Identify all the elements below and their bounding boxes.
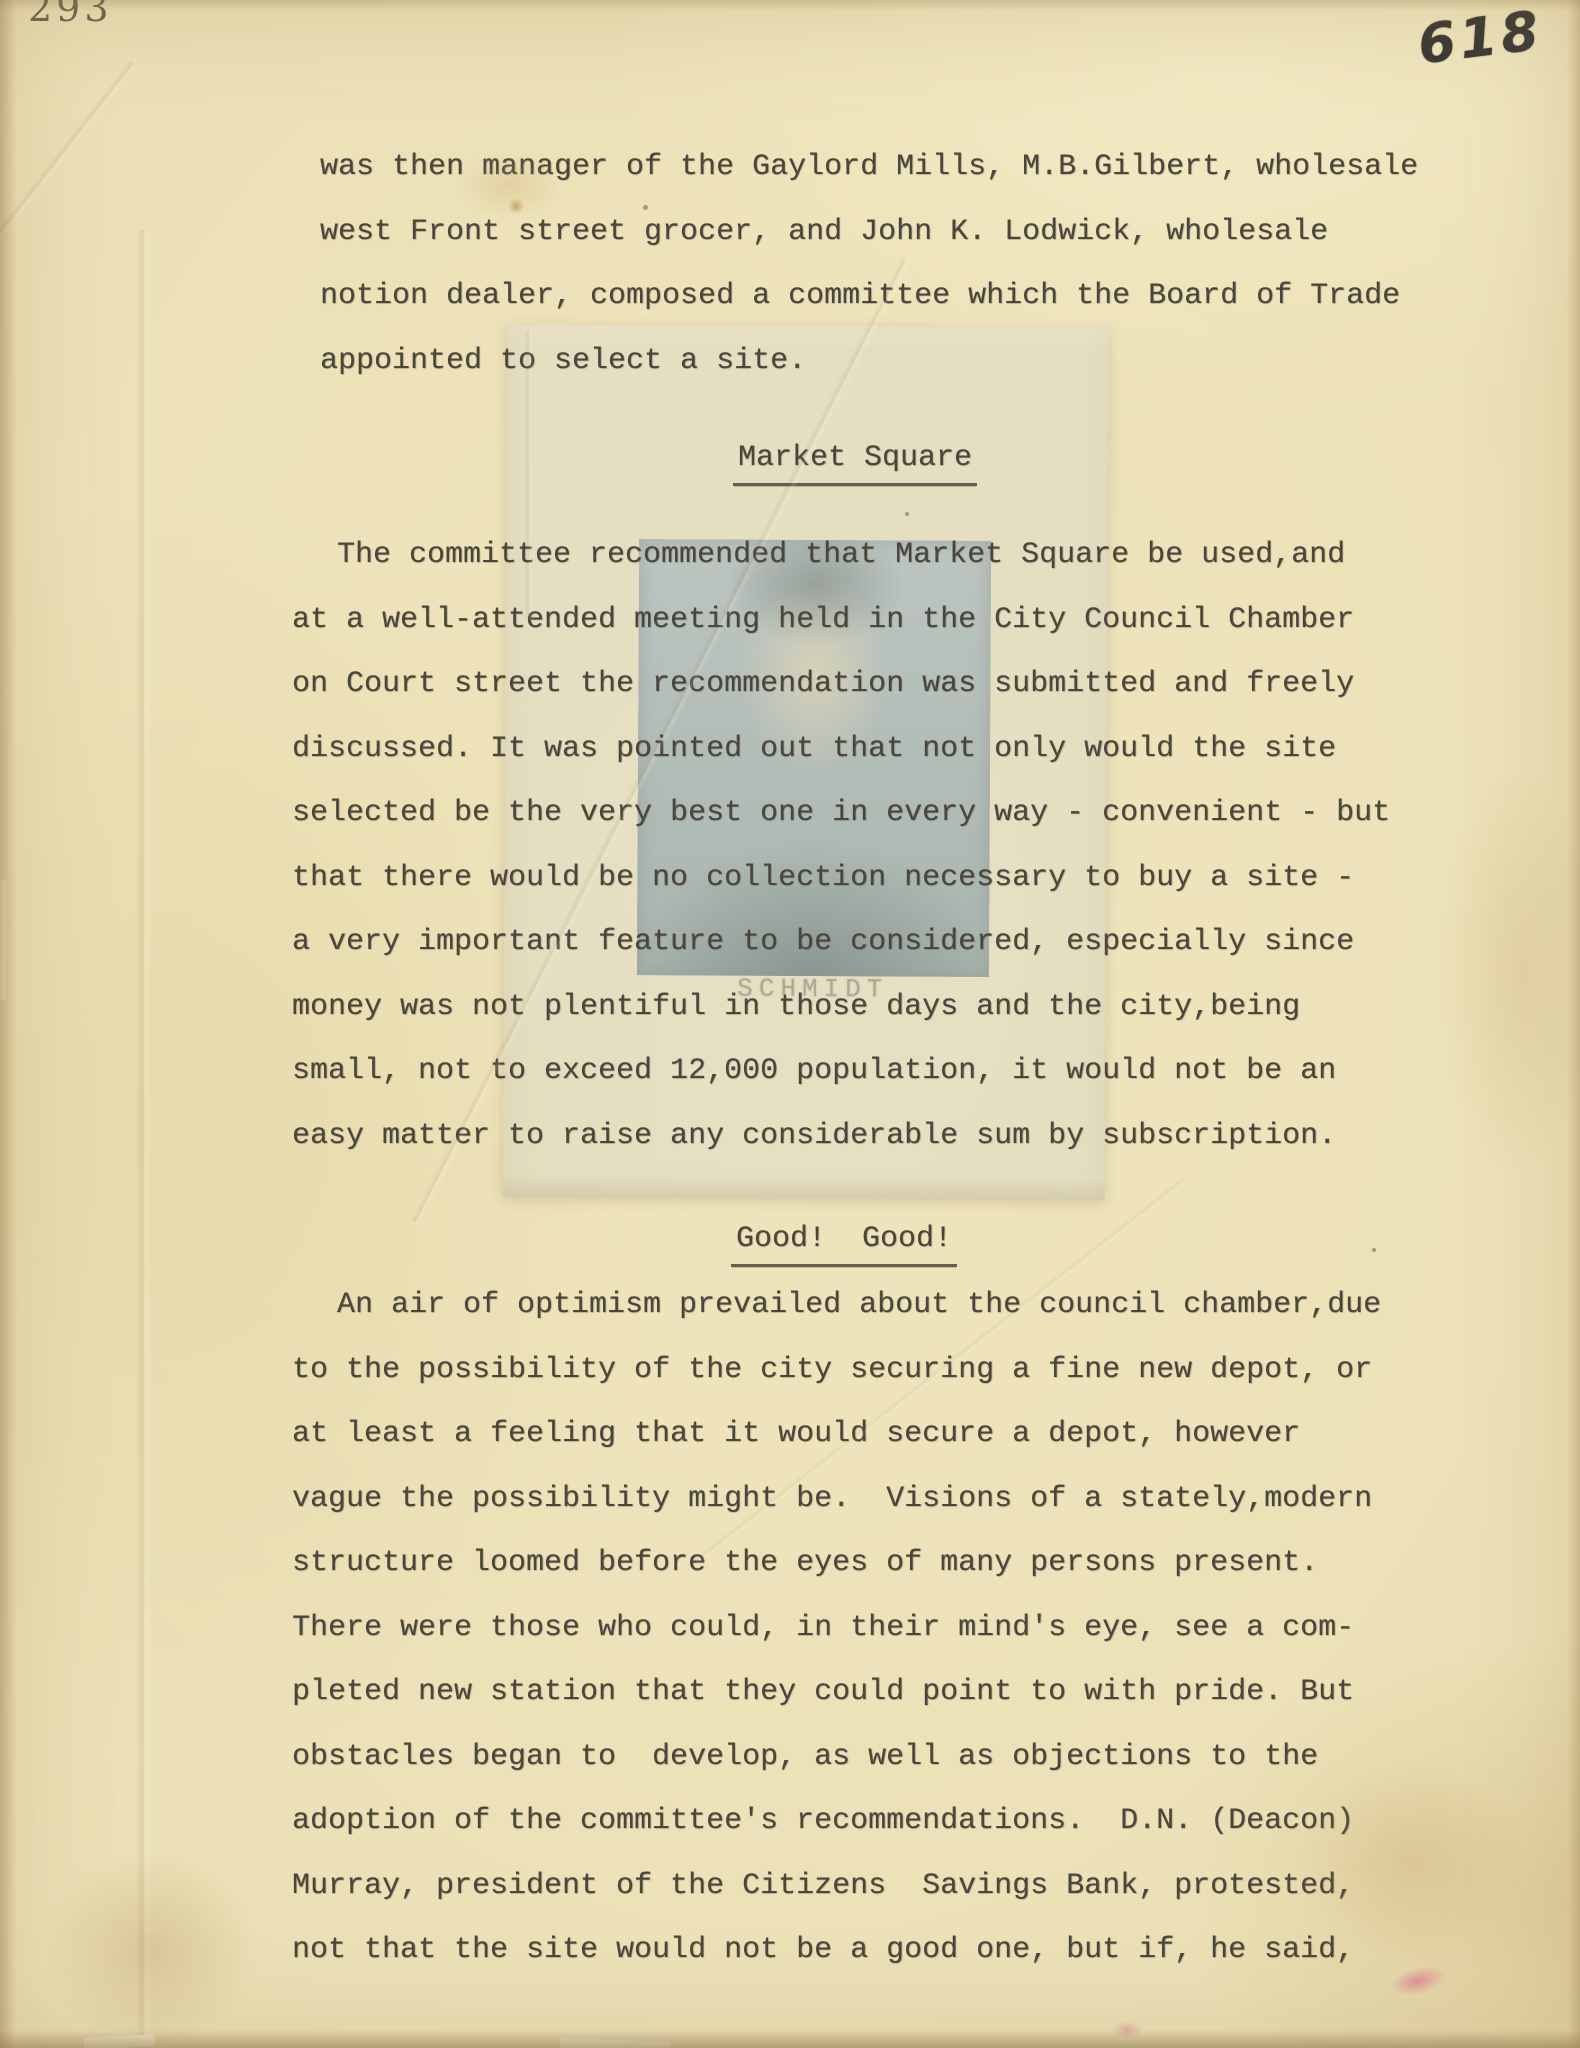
paper-stain <box>1440 760 1580 1180</box>
typed-line: to the possibility of the city securing … <box>292 1352 1372 1388</box>
typed-line: at least a feeling that it would secure … <box>292 1416 1300 1452</box>
paper-stain <box>40 1850 260 2048</box>
typed-line: obstacles began to develop, as well as o… <box>292 1739 1318 1775</box>
heading-good-good: Good! Good! <box>731 1221 957 1267</box>
typed-line: adoption of the committee's recommendati… <box>292 1803 1354 1839</box>
typed-line: pleted new station that they could point… <box>292 1674 1354 1710</box>
typed-line: There were those who could, in their min… <box>292 1610 1354 1646</box>
typed-line: vague the possibility might be. Visions … <box>292 1481 1372 1517</box>
heading-market-square: Market Square <box>733 440 977 486</box>
typed-line: easy matter to raise any considerable su… <box>292 1118 1336 1154</box>
typed-line: Murray, president of the Citizens Saving… <box>292 1868 1354 1904</box>
typed-line: The committee recommended that Market Sq… <box>337 537 1345 573</box>
pink-smudge <box>1388 1962 1449 2001</box>
paper-sheet: SCHMIDT 293 618 was then manager of the … <box>0 0 1580 2048</box>
typed-line: money was not plentiful in those days an… <box>292 989 1300 1025</box>
typed-page-number: 293 <box>28 0 113 30</box>
typed-line: not that the site would not be a good on… <box>292 1932 1354 1968</box>
ink-speck <box>1372 1248 1376 1252</box>
paper-stain <box>508 198 524 214</box>
typed-line: appointed to select a site. <box>320 343 806 379</box>
torn-edge-notch <box>84 2034 155 2048</box>
typed-line: notion dealer, composed a committee whic… <box>320 278 1400 314</box>
scanned-document: SCHMIDT 293 618 was then manager of the … <box>0 0 1580 2048</box>
typed-line: west Front street grocer, and John K. Lo… <box>320 214 1328 250</box>
ink-speck <box>643 205 648 210</box>
typed-line: discussed. It was pointed out that not o… <box>292 731 1336 767</box>
handwritten-folio-number: 618 <box>1415 1 1546 76</box>
typed-line: selected be the very best one in every w… <box>292 795 1390 831</box>
paper-crease <box>136 230 152 2040</box>
typed-line: a very important feature to be considere… <box>292 924 1354 960</box>
typed-line: at a well-attended meeting held in the C… <box>292 602 1354 638</box>
typed-line: was then manager of the Gaylord Mills, M… <box>320 149 1418 185</box>
pink-smudge <box>1112 2022 1142 2038</box>
typed-line: An air of optimism prevailed about the c… <box>337 1287 1381 1323</box>
torn-edge-notch <box>0 880 6 1000</box>
paper-crease <box>0 60 138 241</box>
typed-line: that there would be no collection necess… <box>292 860 1354 896</box>
typed-line: structure loomed before the eyes of many… <box>292 1545 1318 1581</box>
typed-line: on Court street the recommendation was s… <box>292 666 1354 702</box>
paper-stain <box>1290 1760 1530 1960</box>
torn-edge-notch <box>560 2038 670 2048</box>
typed-line: small, not to exceed 12,000 population, … <box>292 1053 1336 1089</box>
